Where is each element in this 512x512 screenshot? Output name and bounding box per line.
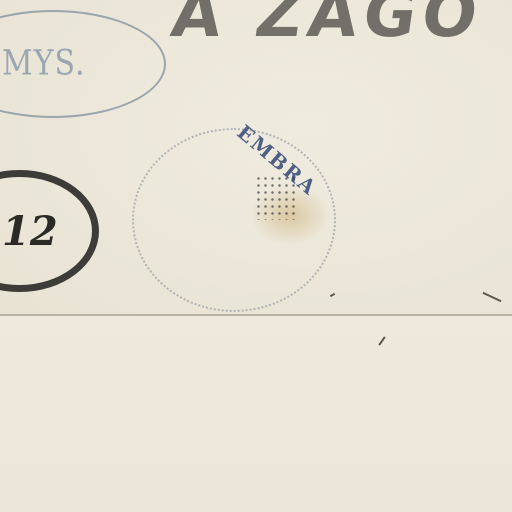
- paper-speck: [483, 292, 502, 302]
- round-postmark: [132, 128, 336, 312]
- handwritten-marking: A ZAGO: [167, 0, 488, 52]
- lower-paper-section: [0, 316, 512, 512]
- black-postmark-text: 12: [2, 208, 58, 255]
- upper-paper-section: MYS. A ZAGO EMBRA 12: [0, 0, 512, 314]
- paper-speck: [330, 293, 335, 297]
- postmark-dots: [255, 175, 295, 220]
- paper-speck: [378, 336, 385, 345]
- oval-postmark-text: MYS.: [2, 43, 86, 83]
